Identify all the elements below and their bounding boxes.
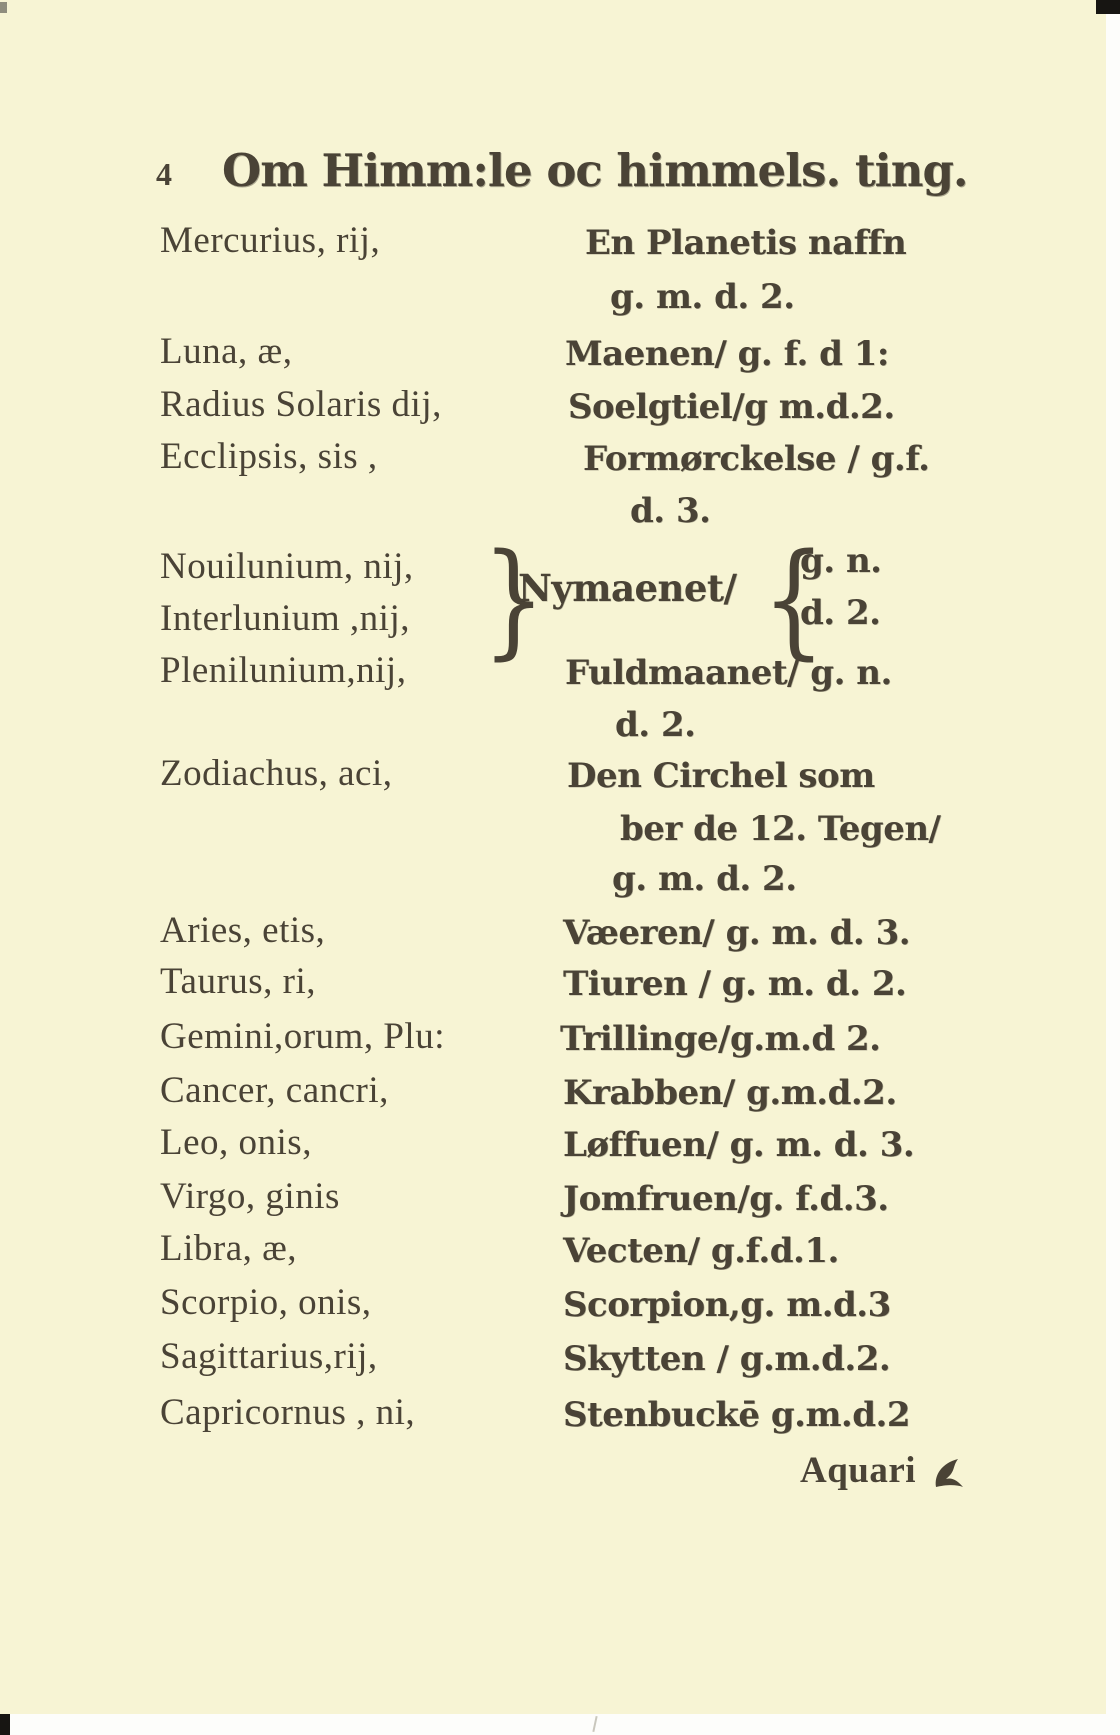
latin-term-sagittarius: Sagittarius,rij, — [160, 1338, 378, 1375]
latin-term-gemini: Gemini,orum, Plu: — [160, 1018, 445, 1055]
danish-term-nymaenet: Nymaenet/ — [518, 570, 737, 607]
latin-term-capricornus: Capricornus , ni, — [160, 1394, 415, 1431]
danish-continuation-ecclipsis: d. 3. — [630, 494, 710, 528]
latin-term-plenilunium: Plenilunium,nij, — [160, 652, 406, 689]
danish-term-libra: Vecten/ g.f.d.1. — [563, 1234, 839, 1268]
latin-term-cancer: Cancer, cancri, — [160, 1072, 389, 1109]
latin-term-scorpio: Scorpio, onis, — [160, 1284, 372, 1321]
latin-term-radius-solaris: Radius Solaris dij, — [160, 386, 442, 423]
scan-artifact-top-right — [1096, 0, 1120, 14]
danish-term-leo: Løffuen/ g. m. d. 3. — [563, 1128, 914, 1162]
latin-term-mercurius: Mercurius, rij, — [160, 222, 380, 259]
latin-term-virgo: Virgo, ginis — [160, 1178, 340, 1215]
danish-term-plenilunium: Fuldmaanet/ g. n. — [565, 656, 892, 690]
latin-term-interlunium: Interlunium ,nij, — [160, 600, 410, 637]
danish-continuation-zodiachus-2: g. m. d. 2. — [612, 862, 797, 896]
latin-term-libra: Libra, æ, — [160, 1230, 297, 1267]
latin-term-leo: Leo, onis, — [160, 1124, 312, 1161]
latin-term-zodiachus: Zodiachus, aci, — [160, 755, 393, 792]
danish-term-aries: Væeren/ g. m. d. 3. — [563, 916, 910, 950]
danish-term-sagittarius: Skytten / g.m.d.2. — [563, 1342, 890, 1376]
scan-artifact-bottom-left — [0, 1714, 10, 1735]
danish-term-capricornus: Stenbuckē g.m.d.2 — [563, 1398, 910, 1432]
danish-term-virgo: Jomfruen/g. f.d.3. — [563, 1182, 889, 1216]
flourish-icon — [932, 1455, 966, 1491]
catchword: Aquari — [800, 1452, 916, 1489]
brace-result-top: g. n. — [800, 544, 882, 578]
running-header: Om Himm:le oc himmels. ting. — [222, 148, 968, 193]
danish-term-taurus: Tiuren / g. m. d. 2. — [563, 967, 906, 1001]
latin-term-aries: Aries, etis, — [160, 912, 325, 949]
latin-term-taurus: Taurus, ri, — [160, 963, 316, 1000]
danish-term-mercurius: En Planetis naffn — [585, 226, 906, 260]
danish-term-radius-solaris: Soelgtiel/g m.d.2. — [568, 390, 895, 424]
latin-term-nouilunium: Nouilunium, nij, — [160, 548, 414, 585]
danish-continuation-zodiachus-1: ber de 12. Tegen/ — [620, 812, 940, 846]
danish-term-zodiachus: Den Circhel som — [567, 759, 875, 793]
danish-term-luna: Maenen/ g. f. d 1: — [565, 337, 889, 371]
scan-scratch — [592, 1716, 597, 1732]
danish-continuation-mercurius: g. m. d. 2. — [610, 280, 795, 314]
brace-result-bottom: d. 2. — [800, 596, 880, 630]
scan-artifact-top-left — [0, 2, 7, 13]
danish-term-gemini: Trillinge/g.m.d 2. — [560, 1022, 880, 1056]
book-page-scan: 4 Om Himm:le oc himmels. ting. Mercurius… — [0, 0, 1120, 1735]
latin-term-ecclipsis: Ecclipsis, sis , — [160, 438, 378, 475]
page-number: 4 — [156, 158, 172, 190]
danish-continuation-plenilunium: d. 2. — [615, 708, 695, 742]
danish-term-cancer: Krabben/ g.m.d.2. — [563, 1076, 897, 1110]
danish-term-scorpio: Scorpion,g. m.d.3 — [563, 1288, 891, 1322]
latin-term-luna: Luna, æ, — [160, 333, 292, 370]
danish-term-ecclipsis: Formørckelse / g.f. — [583, 442, 929, 476]
